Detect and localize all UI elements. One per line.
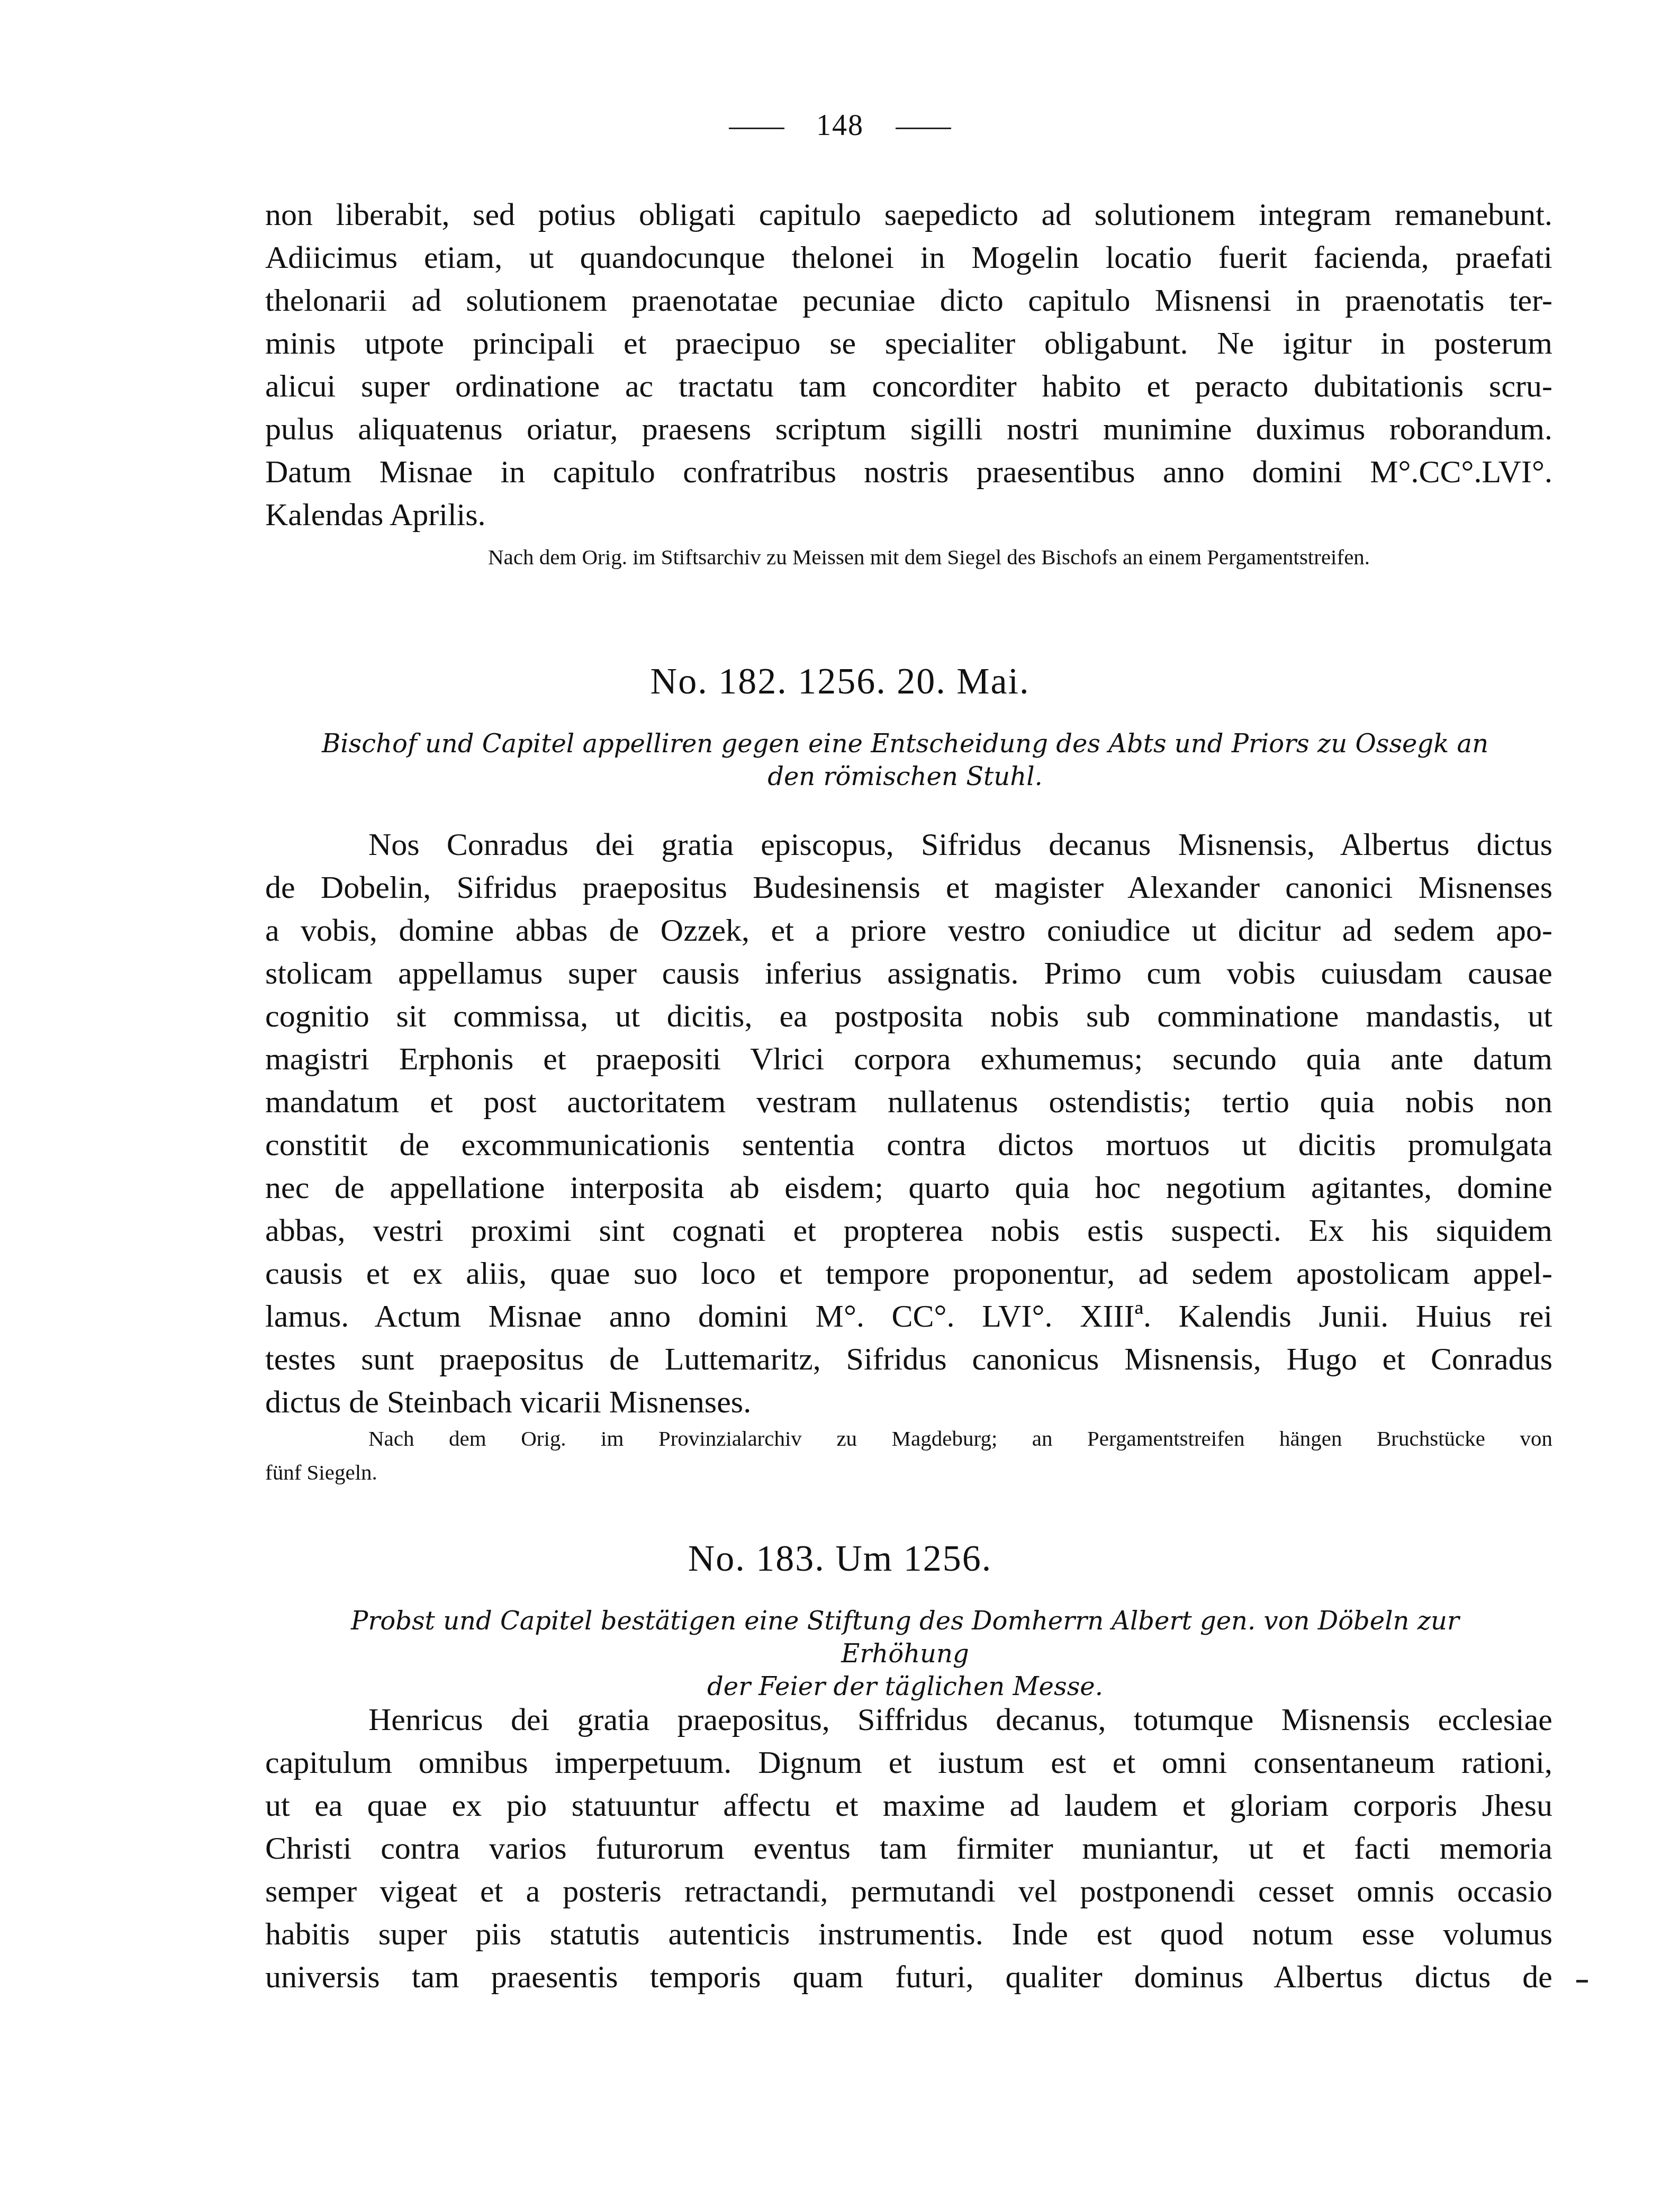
text-line: habitis super piis statutis autenticis i… <box>265 1913 1552 1956</box>
document-heading: No. 183. Um 1256. <box>0 1538 1680 1580</box>
text-line: thelonarii ad solutionem praenotatae pec… <box>265 279 1552 322</box>
source-note: Nach dem Orig. im Stiftsarchiv zu Meisse… <box>365 540 1493 574</box>
text-line: semper vigeat et a posteris retractandi,… <box>265 1870 1552 1913</box>
source-note: Nach dem Orig. im Provinzialarchiv zu Ma… <box>265 1421 1552 1489</box>
summary-line: Bischof und Capitel appelliren gegen ein… <box>286 727 1524 760</box>
text-line: a vobis, domine abbas de Ozzek, et a pri… <box>265 909 1552 952</box>
text-line: minis utpote principali et praecipuo se … <box>265 322 1552 365</box>
text-line: nec de appellatione interposita ab eisde… <box>265 1166 1552 1209</box>
header-rule-left <box>729 128 784 129</box>
text-line: Christi contra varios futurorum eventus … <box>265 1827 1552 1870</box>
text-line: universis tam praesentis temporis quam f… <box>265 1956 1552 1998</box>
text-line: mandatum et post auctoritatem vestram nu… <box>265 1080 1552 1123</box>
text-line: constitit de excommunicationis sententia… <box>265 1123 1552 1166</box>
text-line: magistri Erphonis et praepositi Vlrici c… <box>265 1038 1552 1080</box>
summary-line: Probst und Capitel bestätigen eine Stift… <box>286 1605 1524 1670</box>
text-line: Adiicimus etiam, ut quandocunque thelone… <box>265 236 1552 279</box>
summary-line: den römischen Stuhl. <box>286 760 1524 793</box>
document-body: Nos Conradus dei gratia episcopus, Sifri… <box>265 823 1552 1424</box>
text-line: non liberabit, sed potius obligati capit… <box>265 193 1552 236</box>
text-line: alicui super ordinatione ac tractatu tam… <box>265 365 1552 408</box>
page-number-header: 148 <box>0 109 1680 142</box>
document-summary: Bischof und Capitel appelliren gegen ein… <box>286 727 1524 793</box>
text-line: cognitio sit commissa, ut dicitis, ea po… <box>265 995 1552 1038</box>
note-line: Nach dem Orig. im Provinzialarchiv zu Ma… <box>265 1421 1552 1455</box>
document-body: Henricus dei gratia praepositus, Siffrid… <box>265 1698 1552 1998</box>
text-line: Kalendas Aprilis. <box>265 493 1552 536</box>
text-line: Datum Misnae in capitulo confratribus no… <box>265 451 1552 493</box>
text-line: ut ea quae ex pio statuuntur affectu et … <box>265 1784 1552 1827</box>
text-line: Nos Conradus dei gratia episcopus, Sifri… <box>265 823 1552 866</box>
document-heading: No. 182. 1256. 20. Mai. <box>0 661 1680 703</box>
document-summary: Probst und Capitel bestätigen eine Stift… <box>286 1605 1524 1703</box>
text-line: stolicam appellamus super causis inferiu… <box>265 952 1552 995</box>
text-line: de Dobelin, Sifridus praepositus Budesin… <box>265 866 1552 909</box>
scan-mark <box>1576 1980 1588 1983</box>
text-line: lamus. Actum Misnae anno domini M°. CC°.… <box>265 1295 1552 1338</box>
header-rule-right <box>896 128 951 129</box>
page-number: 148 <box>816 109 864 142</box>
text-line: dictus de Steinbach vicarii Misnenses. <box>265 1381 1552 1424</box>
note-line: fünf Siegeln. <box>265 1455 1552 1489</box>
text-line: causis et ex aliis, quae suo loco et tem… <box>265 1252 1552 1295</box>
continuation-text: non liberabit, sed potius obligati capit… <box>265 193 1552 536</box>
text-line: pulus aliquatenus oriatur, praesens scri… <box>265 408 1552 451</box>
text-line: abbas, vestri proximi sint cognati et pr… <box>265 1209 1552 1252</box>
text-line: Henricus dei gratia praepositus, Siffrid… <box>265 1698 1552 1741</box>
text-line: capitulum omnibus imperpetuum. Dignum et… <box>265 1741 1552 1784</box>
text-line: testes sunt praepositus de Luttemaritz, … <box>265 1338 1552 1381</box>
